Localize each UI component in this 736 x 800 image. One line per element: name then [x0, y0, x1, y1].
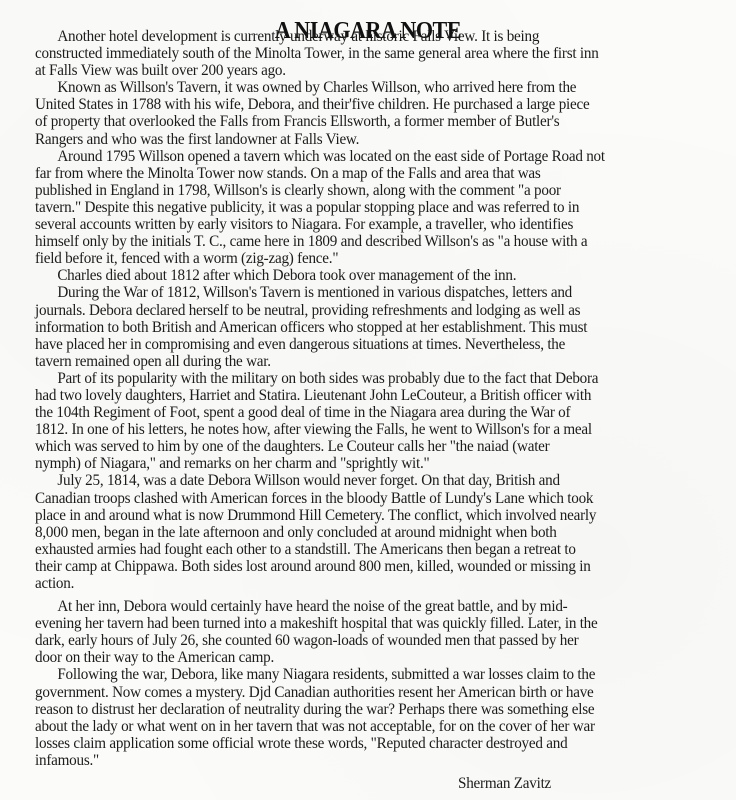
article-paragraph: July 25, 1814, was a date Debora Willson… — [35, 471, 725, 591]
author-signature: Sherman Zavitz — [458, 774, 551, 791]
paragraph-line: several accounts written by early visito… — [35, 215, 677, 232]
paragraph-line: published in England in 1798, Willson's … — [35, 181, 677, 198]
paragraph-line: action. — [35, 574, 677, 591]
article-paragraph: Part of its popularity with the military… — [35, 369, 725, 472]
paragraph-line: infamous." — [35, 751, 677, 768]
paragraph-line: Following the war, Debora, like many Nia… — [35, 665, 677, 682]
paragraph-line: constructed immediately south of the Min… — [35, 44, 677, 61]
paragraph-line: United States in 1788 with his wife, Deb… — [35, 95, 677, 112]
article-paragraph: Around 1795 Willson opened a tavern whic… — [35, 147, 725, 267]
paragraph-line: nymph) of Niagara," and remarks on her c… — [35, 454, 677, 471]
paragraph-line: Charles died about 1812 after which Debo… — [35, 266, 677, 283]
paragraph-line: their camp at Chippawa. Both sides lost … — [35, 557, 677, 574]
paragraph-line: journals. Debora declared herself to be … — [35, 301, 677, 318]
paragraph-line: tavern remained open all during the war. — [35, 352, 677, 369]
paragraph-line: 8,000 men, began in the late afternoon a… — [35, 523, 677, 540]
paragraph-line: have placed her in compromising and even… — [35, 335, 677, 352]
paragraph-line: losses claim application some official w… — [35, 734, 677, 751]
paragraph-line: himself only by the initials T. C., came… — [35, 232, 677, 249]
paragraph-line: far from where the Minolta Tower now sta… — [35, 164, 677, 181]
paragraph-line: Around 1795 Willson opened a tavern whic… — [35, 147, 677, 164]
paragraph-line: Part of its popularity with the military… — [35, 369, 677, 386]
paragraph-line: government. Now comes a mystery. Djd Can… — [35, 683, 677, 700]
article-paragraph: Following the war, Debora, like many Nia… — [35, 665, 725, 768]
paragraph-line: about the lady or what went on in her ta… — [35, 717, 677, 734]
paragraph-line: evening her tavern had been turned into … — [35, 614, 677, 631]
article-paragraph: At her inn, Debora would certainly have … — [35, 597, 725, 665]
paragraph-line: reason to distrust her declaration of ne… — [35, 700, 677, 717]
paragraph-line: at Falls View was built over 200 years a… — [35, 61, 677, 78]
paragraph-line: At her inn, Debora would certainly have … — [35, 597, 677, 614]
paragraph-line: During the War of 1812, Willson's Tavern… — [35, 283, 677, 300]
paragraph-line: July 25, 1814, was a date Debora Willson… — [35, 471, 677, 488]
article-body: Another hotel development is currently u… — [35, 27, 725, 768]
paragraph-line: of property that overlooked the Falls fr… — [35, 112, 677, 129]
paragraph-line: Canadian troops clashed with American fo… — [35, 489, 677, 506]
paragraph-line: Known as Willson's Tavern, it was owned … — [35, 78, 677, 95]
paragraph-line: tavern." Despite this negative publicity… — [35, 198, 677, 215]
paragraph-line: field before it, fenced with a worm (zig… — [35, 249, 677, 266]
scanned-page: A NIAGARA NOTE Another hotel development… — [0, 0, 736, 800]
article-paragraph: During the War of 1812, Willson's Tavern… — [35, 283, 725, 368]
paragraph-line: had two lovely daughters, Harriet and St… — [35, 386, 677, 403]
paragraph-line: Another hotel development is currently u… — [35, 27, 677, 44]
paragraph-line: Rangers and who was the first landowner … — [35, 130, 677, 147]
paragraph-line: dark, early hours of July 26, she counte… — [35, 631, 677, 648]
paragraph-line: door on their way to the American camp. — [35, 648, 677, 665]
paragraph-line: exhausted armies had fought each other t… — [35, 540, 677, 557]
article-paragraph: Another hotel development is currently u… — [35, 27, 725, 78]
paragraph-line: the 104th Regiment of Foot, spent a good… — [35, 403, 677, 420]
paragraph-line: place in and around what is now Drummond… — [35, 506, 677, 523]
paragraph-line: 1812. In one of his letters, he notes ho… — [35, 420, 677, 437]
paragraph-line: which was served to him by one of the da… — [35, 437, 677, 454]
paragraph-line: information to both British and American… — [35, 318, 677, 335]
article-paragraph: Known as Willson's Tavern, it was owned … — [35, 78, 725, 146]
article-paragraph: Charles died about 1812 after which Debo… — [35, 266, 725, 283]
